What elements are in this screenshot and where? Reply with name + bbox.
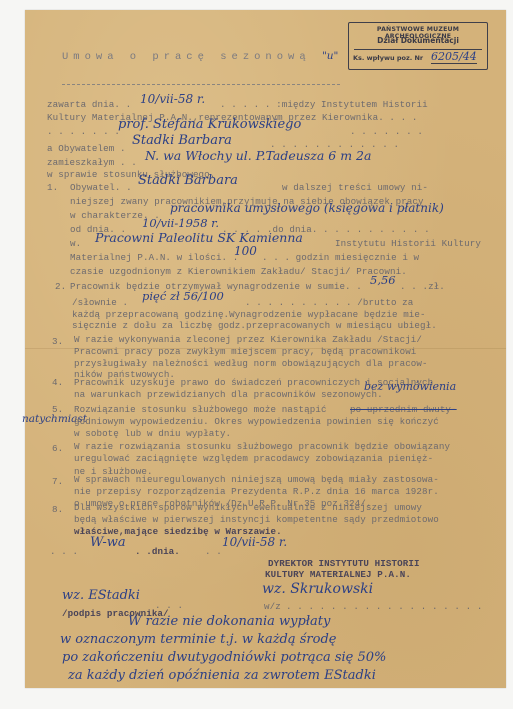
director-title-line-2: KULTURY MATERIALNEJ P.A.N. bbox=[265, 569, 411, 580]
parties-between: . . . . . :między Instytutem Historii bbox=[220, 99, 428, 110]
clause-1-line-6-suffix: . . . godzin miesięcznie i w bbox=[262, 252, 419, 263]
clause-7-number: 7. bbox=[52, 476, 63, 487]
director-signature-dots: . . . . . . . . . . . . . . . . . . bbox=[286, 601, 482, 612]
clause-2-words-label: /słownie . bbox=[72, 297, 128, 308]
clause-1-line-1-prefix: Obywatel. . bbox=[70, 182, 132, 193]
document-title: Umowa o pracę sezonową "u" bbox=[62, 50, 338, 63]
handwritten-note-line-1: W razie nie dokonania wypłaty bbox=[128, 614, 330, 629]
clause-5-handwritten-insert: bez wymówienia bbox=[364, 380, 456, 393]
clause-2-amount-words: pięć zł 56/100 bbox=[142, 289, 224, 303]
clause-3-number: 3. bbox=[52, 336, 63, 347]
clause-1-line-5-prefix: w. bbox=[70, 238, 81, 249]
stamp-department: Dział Dokumentacji bbox=[349, 36, 487, 45]
clause-7-line-1: W sprawach nieuregulowanych niniejszą um… bbox=[74, 474, 439, 485]
title-mark: "u" bbox=[322, 50, 338, 62]
concluded-label: zawarta dnia. . bbox=[47, 99, 131, 110]
clause-2-line-3: każdą przepracowaną godzinę.Wynagrodzeni… bbox=[72, 309, 426, 320]
clause-1-hours: 100 bbox=[234, 244, 257, 258]
residence-label: zamieszkałym . . bbox=[47, 157, 137, 168]
clause-2-currency: . . .zł. bbox=[400, 281, 445, 292]
clause-1-start-date: 10/vii-1958 r. bbox=[142, 216, 219, 230]
clause-3-line-2: Pracowni pracy poza zwykłym miejscem pra… bbox=[74, 346, 416, 357]
clause-7-line-2: nie przepisy rozporządzenia Prezydenta R… bbox=[74, 486, 439, 497]
citizen-name: Stadki Barbara bbox=[132, 133, 232, 148]
title-underline bbox=[62, 84, 340, 85]
clause-8-number: 8. bbox=[52, 504, 63, 515]
place-dots: . . . bbox=[50, 546, 78, 557]
handwritten-note-line-2: w oznaczonym terminie t.j. w każdą środę bbox=[60, 632, 337, 647]
clause-8-line-1: Dla wszystkich sporów wynikłych ewentual… bbox=[74, 502, 422, 513]
director-trailing-dots: . . . . . . . bbox=[350, 126, 423, 137]
clause-4-line-2: na warunkach przewidzianych dla pracowni… bbox=[74, 389, 383, 400]
clause-1-citizen-name: Stadki Barbara bbox=[138, 173, 238, 188]
clause-8-line-2: będą właściwe w pierwszej instyncji komp… bbox=[74, 514, 439, 525]
clause-1-position: pracownika umysłowego (księgowa i płatni… bbox=[170, 201, 444, 215]
stamp-entry-label: Ks. wpływu poz. Nr bbox=[353, 54, 423, 62]
employee-signature: wz. EStadki bbox=[62, 588, 140, 603]
clause-4-number: 4. bbox=[52, 377, 63, 388]
clause-2-hourly-rate: 5,56 bbox=[370, 273, 396, 287]
title-text: Umowa o pracę sezonową bbox=[62, 51, 311, 63]
clause-5-line-3: w sobotę lub w dniu wypłaty. bbox=[74, 428, 231, 439]
clause-1-number: 1. bbox=[47, 182, 58, 193]
residence-value: N. wa Włochy ul. P.Tadeusza 6 m 2a bbox=[145, 148, 371, 163]
director-name: prof. Stefana Krukowskiego bbox=[118, 117, 301, 132]
handwritten-note-line-4: za każdy dzień opóźnienia za zwrotem ESt… bbox=[68, 668, 376, 683]
archive-stamp: PAŃSTWOWE MUZEUM ARCHEOLOGICZNE Dział Do… bbox=[348, 22, 488, 70]
clause-2-line-2-suffix: . . . . . . . . . . /brutto za bbox=[245, 297, 413, 308]
clause-2-line-4: sięcznie z dołu za liczbę godz.przepraco… bbox=[72, 320, 437, 331]
clause-1-line-6-prefix: Materialnej P.A.N. w ilości. . bbox=[70, 252, 238, 263]
director-dots: . . . . . . . bbox=[47, 126, 120, 137]
clause-1-line-5-suffix: Instytutu Historii Kultury bbox=[335, 238, 481, 249]
clause-5-line-1-prefix: Rozwiązanie stosunku służbowego może nas… bbox=[74, 404, 327, 415]
director-wz: w/z bbox=[264, 601, 281, 612]
concluded-date: 10/vii-58 r. bbox=[140, 92, 205, 106]
stamp-entry-number: 6205/44 bbox=[431, 50, 477, 64]
date-label: . .dnia. bbox=[135, 546, 180, 557]
director-signature: wz. Skrukowski bbox=[262, 581, 373, 597]
clause-6-line-1: W razie rozwiązania stosunku służbowego … bbox=[74, 441, 450, 452]
signing-date: 10/vii-58 r. bbox=[222, 535, 287, 549]
clause-3-line-3: przysługiwały należności według norm obo… bbox=[74, 358, 428, 369]
signing-place: W-wa bbox=[90, 535, 126, 550]
clause-5-line-2: godniowym wypowiedzeniu. Okres wypowiedz… bbox=[74, 416, 439, 427]
clause-2-number: 2. bbox=[55, 281, 66, 292]
date-dots: . . bbox=[205, 546, 222, 557]
clause-5-struck-text: po uprzednim dwuty- bbox=[350, 404, 457, 415]
handwritten-note-line-3: po zakończeniu dwutygodniówki potrąca si… bbox=[62, 650, 386, 665]
clause-6-line-2: uregulować zaciągnięte względem pracodaw… bbox=[74, 453, 433, 464]
clause-1-workplace: Pracowni Paleolitu SK Kamienna bbox=[95, 230, 303, 245]
clause-6-number: 6. bbox=[52, 443, 63, 454]
clause-3-line-1: W razie wykonywania zleconej przez Kiero… bbox=[74, 334, 422, 345]
clause-1-line-7: czasie uzgodnionym z Kierownikiem Zakład… bbox=[70, 266, 407, 277]
clause-1-line-1-suffix: w dalszej treści umowy ni- bbox=[282, 182, 428, 193]
director-title-line-1: DYREKTOR INSTYTUTU HISTORII bbox=[268, 558, 420, 569]
citizen-label: a Obywatelem . bbox=[47, 143, 126, 154]
